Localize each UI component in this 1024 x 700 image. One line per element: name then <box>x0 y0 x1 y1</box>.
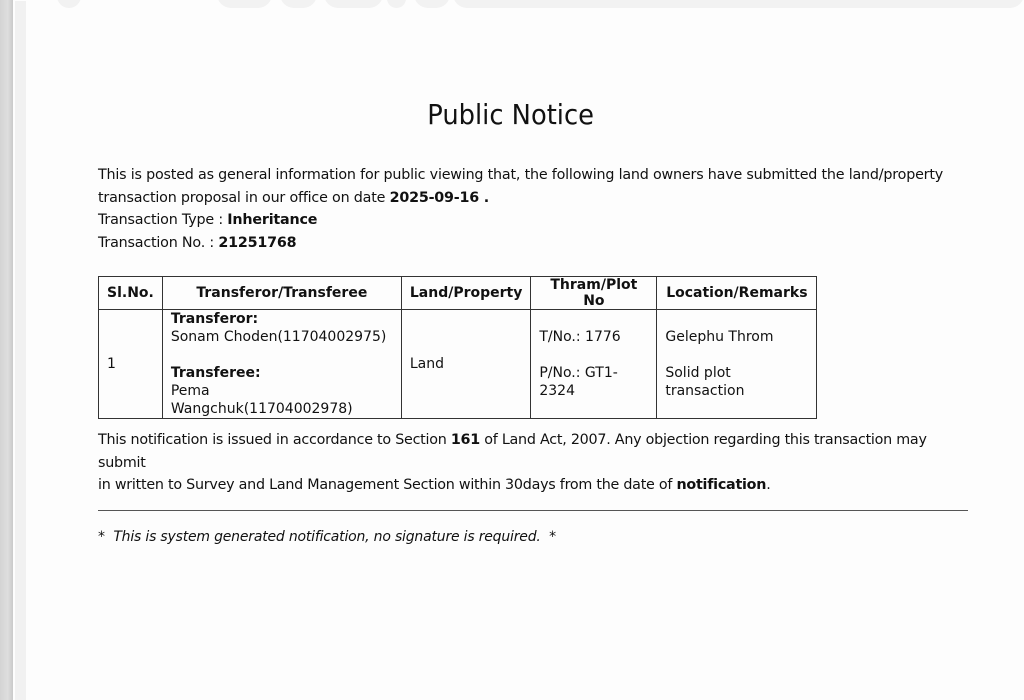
transaction-number: Transaction No. : 21251768 <box>98 232 948 255</box>
legal-line-2: in written to Survey and Land Management… <box>98 474 978 497</box>
faded-tab-shape <box>217 0 272 8</box>
cell-parties: Transferor: Sonam Choden(11704002975) Tr… <box>162 310 401 419</box>
transferor-label: Transferor: <box>171 311 258 327</box>
table-header-row: Sl.No. Transferor/Transferee Land/Proper… <box>99 277 817 310</box>
header-location-remarks: Location/Remarks <box>657 277 817 310</box>
asterisk: * <box>98 529 105 545</box>
window-edge-gutter <box>15 1 26 700</box>
divider <box>98 510 968 511</box>
header-thram-plot-no: Thram/Plot No <box>531 277 657 310</box>
transaction-number-value: 21251768 <box>218 235 296 251</box>
table-row: 1 Transferor: Sonam Choden(11704002975) … <box>99 310 817 419</box>
transferee-label: Transferee: <box>171 365 261 381</box>
legal-text: This notification is issued in accordanc… <box>98 432 451 448</box>
legal-text: . <box>766 477 770 493</box>
page-title-text: Public Notice <box>427 98 594 131</box>
faded-tab-shape <box>414 0 450 8</box>
legal-bold-word: notification <box>676 477 766 493</box>
faded-tab-shape <box>324 0 383 8</box>
header-sl-no: Sl.No. <box>99 277 163 310</box>
intro-line-1: This is posted as general information fo… <box>98 164 948 187</box>
transferee-name: Pema Wangchuk(11704002978) <box>171 382 393 418</box>
remarks: Solid plot transaction <box>665 364 808 400</box>
transaction-type: Transaction Type : Inheritance <box>98 209 948 232</box>
faded-tab-shape <box>453 0 1024 8</box>
legal-paragraph: This notification is issued in accordanc… <box>98 429 978 497</box>
legal-line-1: This notification is issued in accordanc… <box>98 429 978 474</box>
plot-number: P/No.: GT1-2324 <box>539 364 648 400</box>
asterisk: * <box>549 529 556 545</box>
faded-tab-shape <box>57 0 81 8</box>
section-number: 161 <box>451 432 480 448</box>
window-edge-scrollbar[interactable] <box>0 0 13 700</box>
header-transferor-transferee: Transferor/Transferee <box>162 277 401 310</box>
intro-paragraph: This is posted as general information fo… <box>98 164 948 254</box>
legal-text: in written to Survey and Land Management… <box>98 477 676 493</box>
location: Gelephu Throm <box>665 328 808 346</box>
page-title: Public Notice <box>98 98 968 131</box>
intro-text: transaction proposal in our office on da… <box>98 190 390 206</box>
faded-tab-shape <box>280 0 317 8</box>
transaction-type-value: Inheritance <box>227 212 317 228</box>
cell-property: Land <box>401 310 531 419</box>
cell-location-remarks: Gelephu Throm Solid plot transaction <box>657 310 817 419</box>
system-note-text: This is system generated notification, n… <box>113 529 540 545</box>
header-land-property: Land/Property <box>401 277 531 310</box>
transaction-type-label: Transaction Type : <box>98 212 227 228</box>
faded-tab-shape <box>387 0 406 8</box>
submission-date: 2025-09-16 . <box>390 190 489 206</box>
cell-thram-plot: T/No.: 1776 P/No.: GT1-2324 <box>531 310 657 419</box>
transaction-number-label: Transaction No. : <box>98 235 218 251</box>
transaction-table: Sl.No. Transferor/Transferee Land/Proper… <box>98 276 817 419</box>
transferor-name: Sonam Choden(11704002975) <box>171 328 393 346</box>
cell-sl-no: 1 <box>99 310 163 419</box>
intro-line-2: transaction proposal in our office on da… <box>98 187 948 210</box>
thram-number: T/No.: 1776 <box>539 328 648 346</box>
system-note: * This is system generated notification,… <box>98 529 556 545</box>
